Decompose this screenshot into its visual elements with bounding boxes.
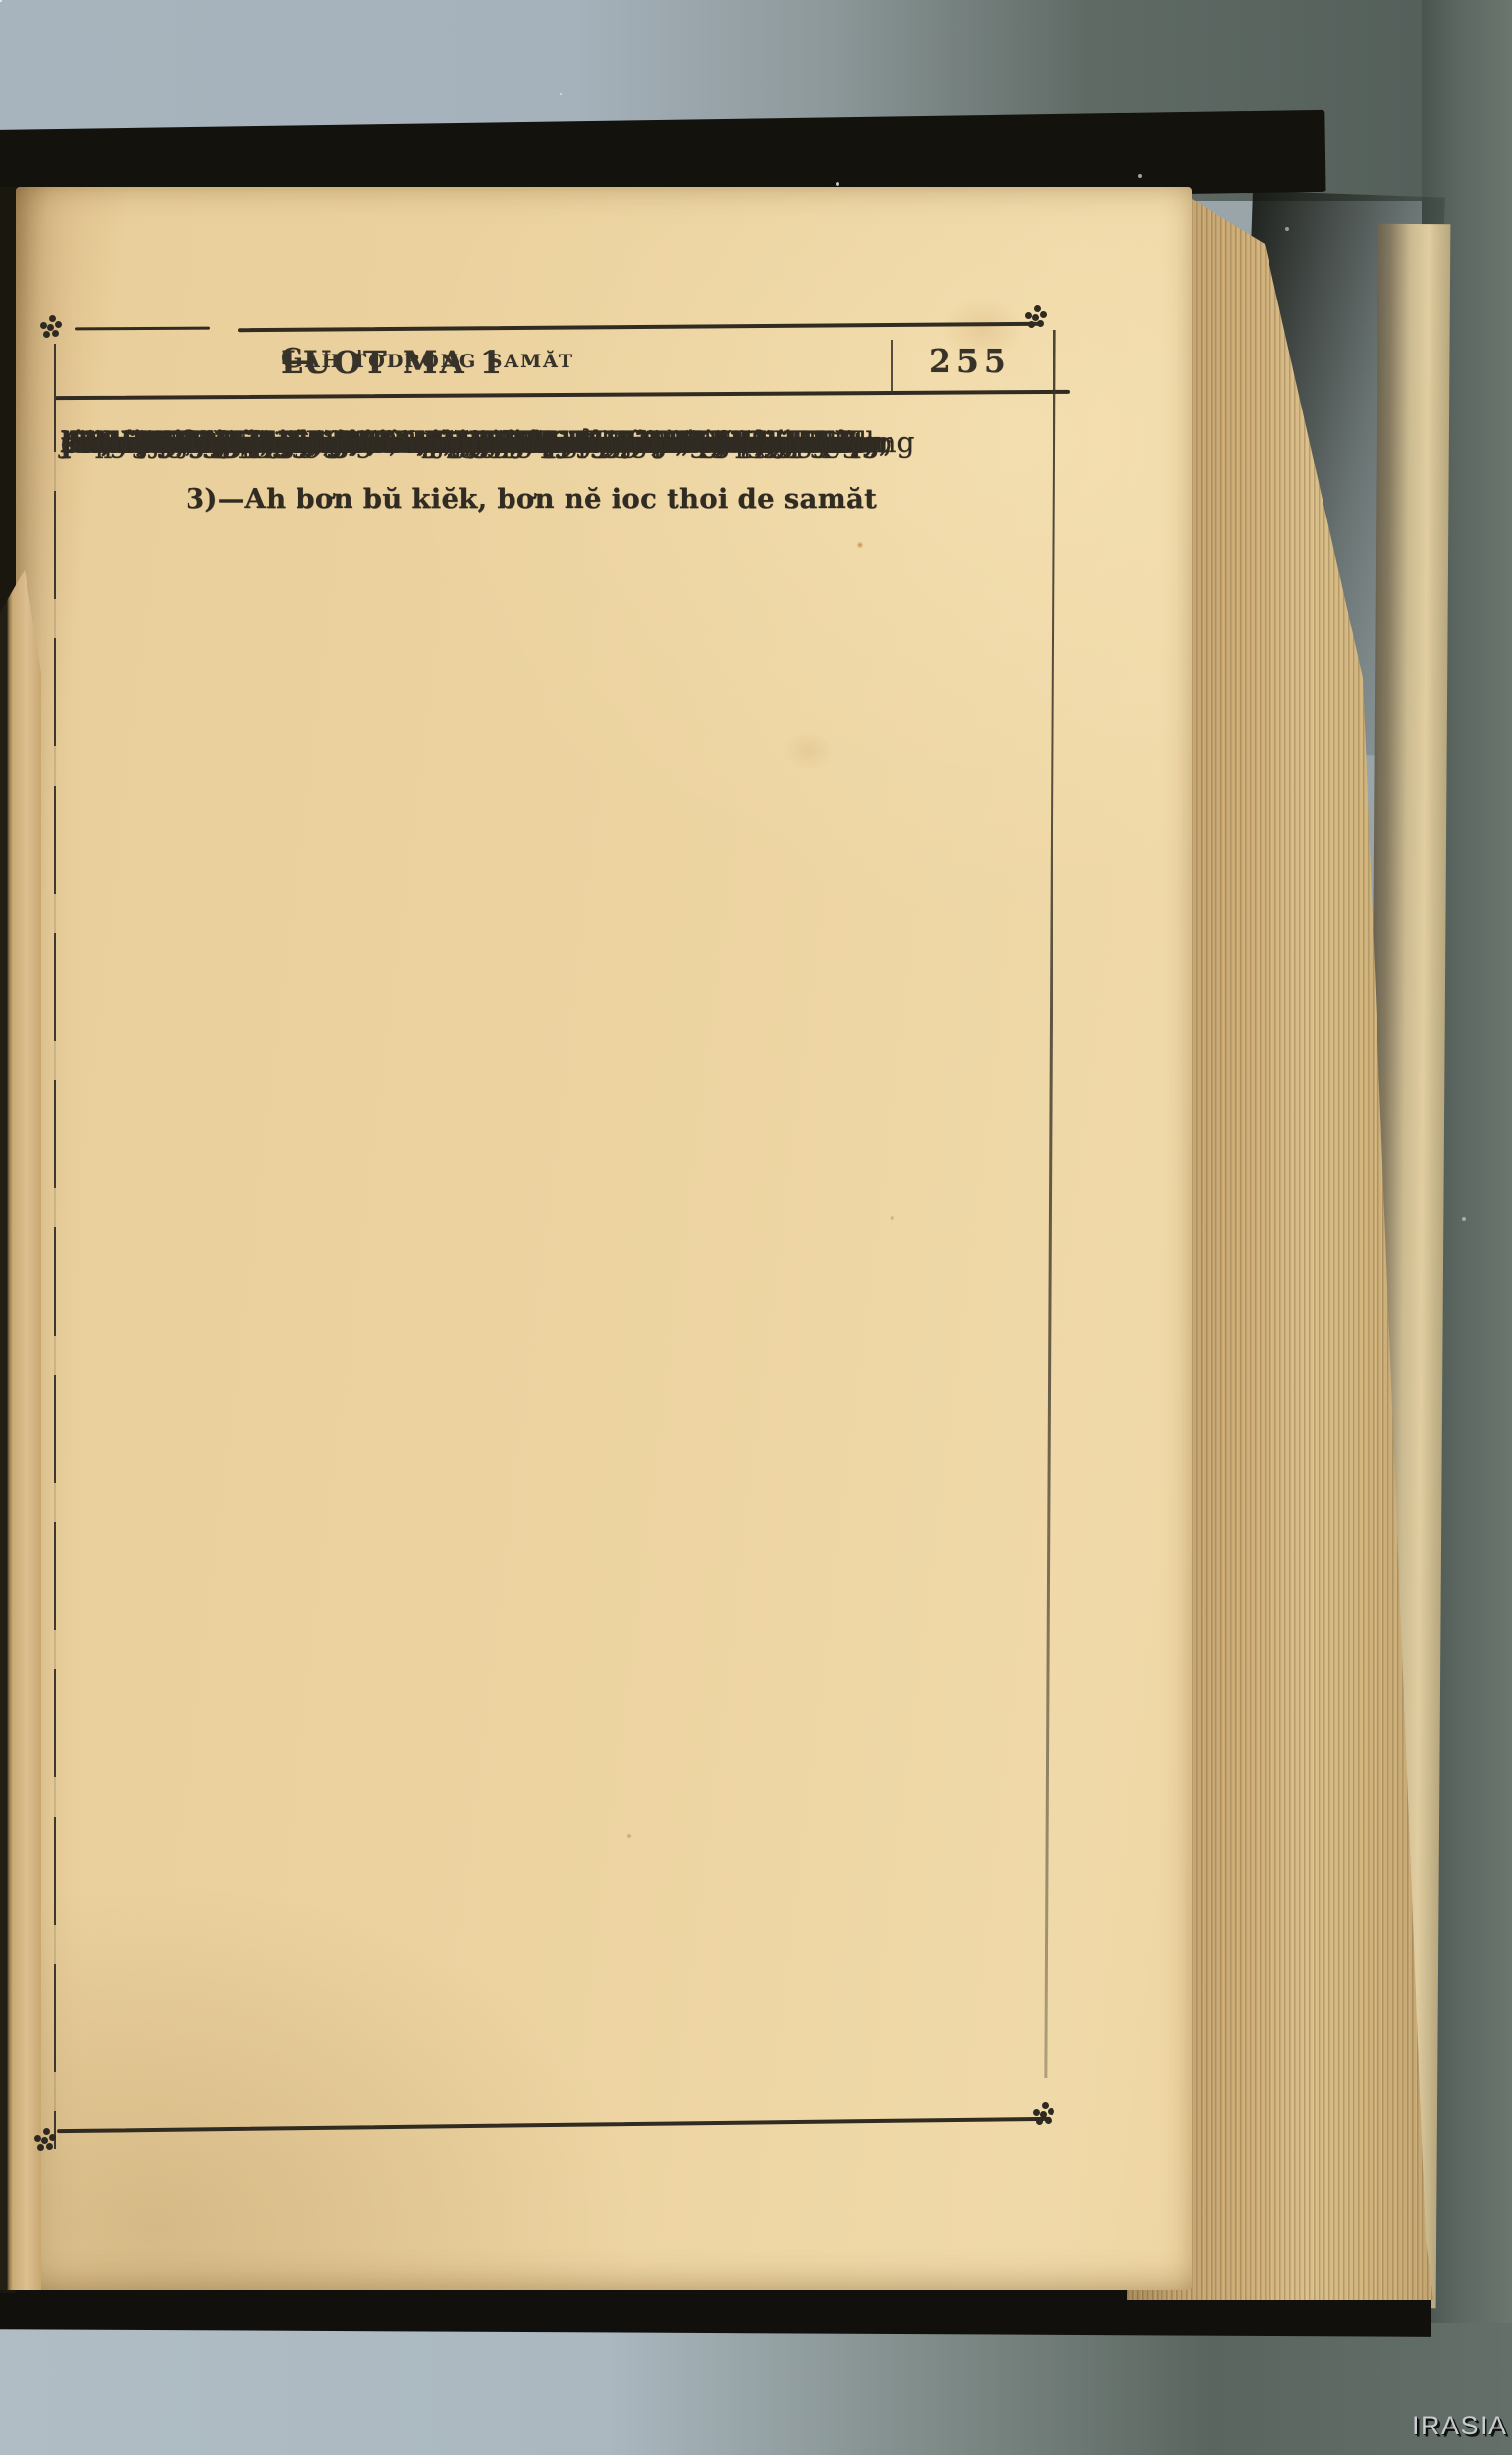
section-heading: 3)—Ah bơn bŭ kiĕk, bơn nĕ ioc thoi de sa…	[186, 482, 877, 517]
floral-ornament-icon	[47, 324, 54, 331]
chapter-title-sub: Gah tơdrong samăt	[281, 344, 574, 374]
page-curl-left-edge	[0, 570, 41, 2290]
running-header: LUƠT MA 1 — Gah tơdrong samăt 255	[61, 340, 1053, 397]
page-number: 255	[929, 342, 1011, 380]
floral-ornament-icon	[41, 2137, 48, 2144]
body-text: tơ hnam, bŏk oei erih khŏm athai că atŏk…	[61, 425, 1053, 2134]
floral-ornament-icon	[1032, 314, 1039, 321]
text-frame-left-border	[54, 344, 56, 2149]
watermark-label: IRASIA	[1412, 2411, 1508, 2441]
header-divider-bar	[891, 340, 893, 393]
scanned-book-page: LUƠT MA 1 — Gah tơdrong samăt 255 tơ hna…	[0, 0, 1512, 2455]
scanner-background-bottom	[0, 2323, 1512, 2455]
dust-specks	[0, 0, 2, 2]
